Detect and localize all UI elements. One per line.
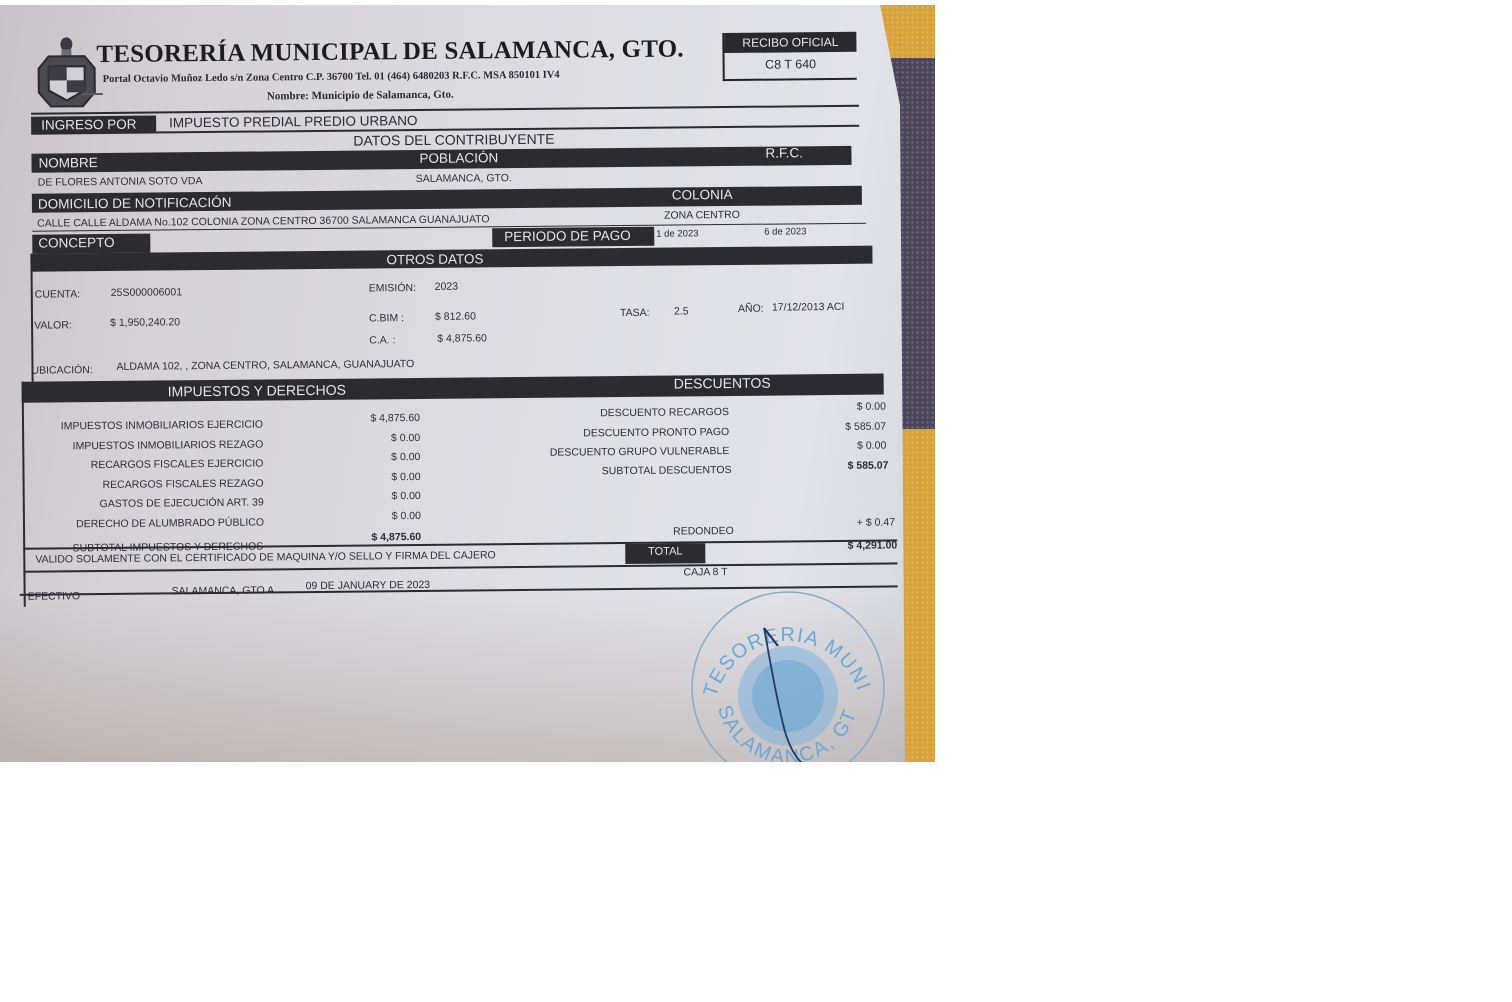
impuesto-item-value: $ 0.00 — [344, 470, 420, 483]
anio-label: AÑO: — [738, 303, 764, 315]
treasury-address: Portal Octavio Muñoz Ledo s/n Zona Centr… — [103, 70, 560, 85]
impuesto-item-value: $ 0.00 — [345, 490, 421, 503]
contribuyente-section-title: DATOS DEL CONTRIBUYENTE — [353, 131, 554, 149]
poblacion-value: SALAMANCA, GTO. — [416, 172, 512, 185]
official-seal-icon: TESORERIA MUNICIPAL SALAMANCA, GTO — [688, 588, 888, 762]
poblacion-label: POBLACIÓN — [419, 149, 498, 167]
redondeo-label: REDONDEO — [673, 525, 734, 538]
ubicacion-label: UBICACIÓN: — [31, 364, 92, 377]
otros-datos-bar: OTROS DATOS — [30, 246, 872, 272]
ubicacion-value: ALDAMA 102, , ZONA CENTRO, SALAMANCA, GU… — [116, 358, 414, 373]
caja-text: CAJA 8 T — [683, 566, 727, 578]
valor-value: $ 1,950,240.20 — [110, 316, 180, 329]
descuento-item-value: $ 585.07 — [816, 420, 886, 433]
periodo-label: PERIODO DE PAGO — [492, 227, 654, 248]
colonia-value: ZONA CENTRO — [664, 209, 740, 222]
cbim-value: $ 812.60 — [435, 310, 476, 322]
descuentos-title: DESCUENTOS — [674, 375, 771, 393]
nombre-value: DE FLORES ANTONIA SOTO VDA — [38, 175, 203, 189]
official-receipt-label: RECIBO OFICIAL — [724, 32, 856, 53]
receipt-number: C8 T 640 — [724, 52, 856, 77]
nombre-label: NOMBRE — [38, 154, 97, 172]
impuesto-item-value: $ 0.00 — [345, 509, 421, 522]
impuesto-item-value: $ 4,875.60 — [344, 412, 420, 425]
otros-datos-title: OTROS DATOS — [386, 250, 483, 268]
impuestos-descuentos-bar: IMPUESTOS Y DERECHOS DESCUENTOS — [22, 374, 884, 403]
valor-label: VALOR: — [34, 319, 72, 331]
cbim-label: C.BIM : — [369, 312, 404, 324]
coat-of-arms-icon — [30, 34, 103, 115]
frame-border — [30, 254, 33, 382]
municipality-name: Nombre: Municipio de Salamanca, Gto. — [267, 89, 454, 103]
impuesto-item-label: RECARGOS FISCALES REZAGO — [35, 477, 264, 491]
ca-label: C.A. : — [369, 334, 395, 346]
total-value: $ 4,291.00 — [815, 539, 897, 552]
periodo-hasta: 6 de 2023 — [764, 226, 806, 237]
ca-value: $ 4,875.60 — [437, 332, 487, 344]
descuento-item-label: DESCUENTO RECARGOS — [534, 406, 729, 420]
impuestos-title: IMPUESTOS Y DERECHOS — [168, 382, 346, 401]
contribuyente-header-bar: NOMBRE POBLACIÓN R.F.C. — [31, 146, 851, 173]
impuesto-item-label: IMPUESTOS INMOBILIARIOS REZAGO — [34, 438, 263, 452]
descuento-item-value: $ 0.00 — [816, 401, 886, 414]
ingreso-value: IMPUESTO PREDIAL PREDIO URBANO — [169, 113, 417, 130]
rfc-label: R.F.C. — [765, 144, 803, 161]
frame-border — [22, 382, 26, 607]
subtotal-descuentos-value: $ 585.07 — [820, 459, 888, 472]
cuenta-label: CUENTA: — [35, 288, 80, 300]
official-receipt-box: RECIBO OFICIAL C8 T 640 — [722, 32, 856, 81]
treasury-title: TESORERÍA MUNICIPAL DE SALAMANCA, GTO. — [96, 35, 684, 69]
periodo-desde: 1 de 2023 — [656, 228, 698, 239]
impuesto-item-label: GASTOS DE EJECUCIÓN ART. 39 — [35, 496, 264, 510]
impuesto-item-label: IMPUESTOS INMOBILIARIOS EJERCICIO — [34, 418, 263, 432]
impuesto-item-value: $ 0.00 — [344, 451, 420, 464]
subtotal-impuestos-value: $ 4,875.60 — [345, 531, 421, 544]
concepto-label: CONCEPTO — [32, 234, 150, 254]
emision-label: EMISIÓN: — [369, 282, 416, 294]
divider — [31, 105, 859, 115]
anio-value: 17/12/2013 ACI — [772, 301, 845, 314]
impuesto-item-label: RECARGOS FISCALES EJERCICIO — [34, 457, 263, 471]
impuesto-item-value: $ 0.00 — [344, 431, 420, 444]
descuento-item-value: $ 0.00 — [816, 440, 886, 453]
impuesto-item-label: DERECHO DE ALUMBRADO PÚBLICO — [35, 516, 264, 530]
emision-value: 2023 — [435, 281, 458, 293]
descuento-item-label: DESCUENTO PRONTO PAGO — [534, 426, 729, 440]
total-label: TOTAL — [625, 543, 705, 564]
redondeo-value: + $ 0.47 — [835, 516, 895, 529]
descuento-item-label: DESCUENTO GRUPO VULNERABLE — [534, 445, 729, 459]
colonia-label: COLONIA — [672, 186, 733, 204]
tasa-label: TASA: — [620, 307, 650, 319]
forma-pago: EFECTIVO — [28, 590, 81, 603]
tasa-value: 2.5 — [674, 305, 689, 317]
subtotal-descuentos-label: SUBTOTAL DESCUENTOS — [564, 464, 731, 478]
receipt-photo: TESORERÍA MUNICIPAL DE SALAMANCA, GTO. P… — [0, 5, 935, 762]
domicilio-label: DOMICILIO DE NOTIFICACIÓN — [38, 194, 232, 213]
cuenta-value: 25S000006001 — [111, 286, 182, 299]
